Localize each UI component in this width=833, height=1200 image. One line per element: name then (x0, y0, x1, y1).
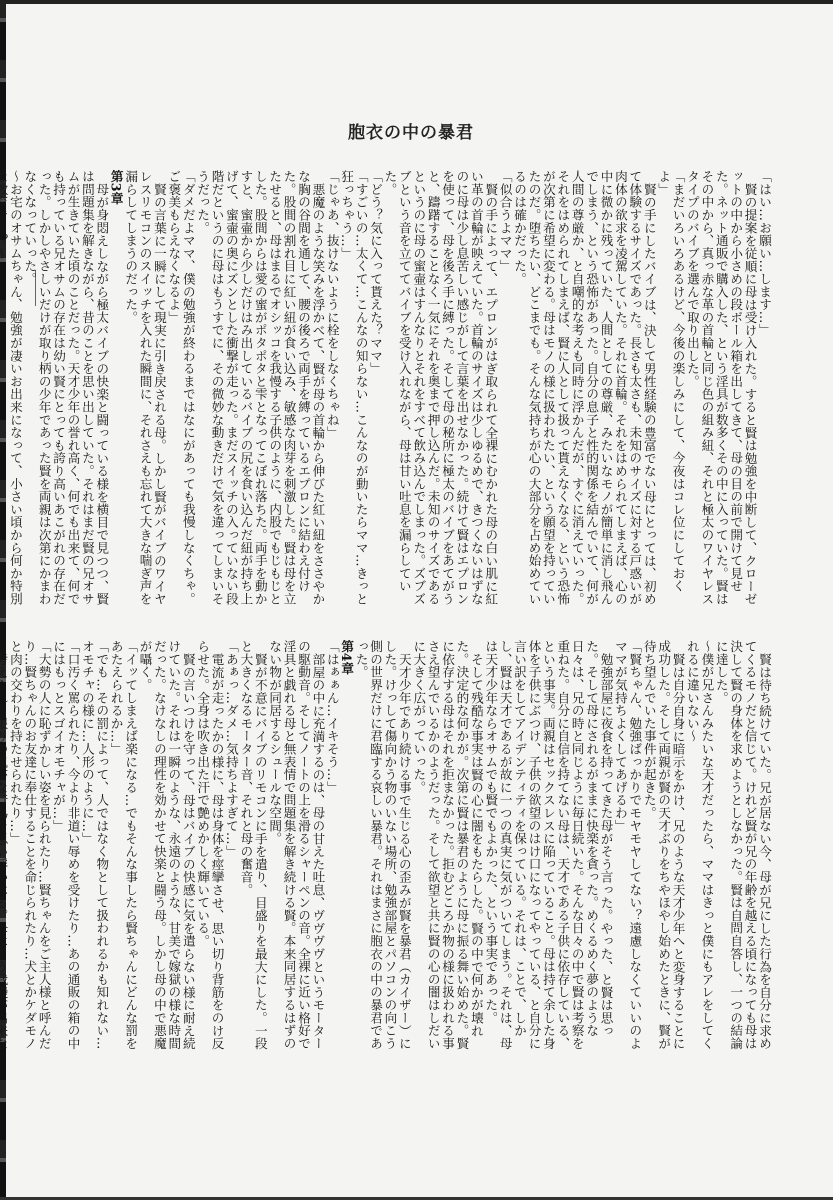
dialogue-line: 「じゃあ、抜けないように栓をしなくちゃね」 (324, 170, 338, 610)
dialogue-line: 「でも…その罰によって、人ではなく物として扱われるかも知れない…オモチャの様に…… (80, 640, 109, 1060)
dialogue-line: 「あぁっ…ダメ…気持ちよすぎて…」 (224, 640, 238, 1060)
dialogue-line: 「すごいの…太くて…こんなの知らない…こんなのが動いたらママ…きっと狂っちゃう…… (339, 170, 368, 610)
paragraph: 勉強部屋に夜食を持ってきた母がそう言った。やった、と賢は思った。そして母にされる… (483, 640, 613, 1060)
paragraph: そして残酷な事実は賢の心に闇をもたらした。賢の中で何かが壊れた。決定的な何かが。… (411, 640, 483, 1060)
paragraph: 部屋の中に充満するのは、母の甘えた吐息、ヴヴヴヴというモーターの駆動音。そしてノ… (267, 640, 325, 1060)
dialogue-line: ～僕が兄さんみたいな天才だったら、ママはきっと僕にもアレをしてくれるに違いない～ (685, 640, 714, 1060)
dialogue-line: 「はい…お願い…します…」 (757, 170, 771, 610)
paragraph: 賢は自分自身に暗示をかけ、兄のような天才少年へと変身することに成功した。そして両… (641, 640, 684, 1060)
paragraph: 賢は待ち続けていた。兄が居ない今、母が兄にした行為を自分に求めてくるモノだと信じ… (713, 640, 771, 1060)
dialogue-line: 「イッてしまえば楽になる…でもそんな事したら賢ちゃんにどんな罰をあたえられるか…… (108, 640, 137, 1060)
dialogue-line: 「似合うよママ」 (497, 170, 511, 610)
paragraph: 賢の手にしたバイブは、決して男性経験の豊富でない母にとっては、初めて体験するサイ… (512, 170, 656, 610)
dialogue-line: 「どう？気に入って貰えた？ママ」 (368, 170, 382, 610)
paragraph: 母が身悶えしながら極太バイブの快楽と闘っている様を横目で見つつ、賢は問題集を解き… (22, 170, 108, 610)
dialogue-line: 「大勢の人に恥ずかしい姿を見られたり…賢ちゃんをご主人様と呼んだり…賢ちゃんのお… (7, 640, 50, 1060)
dialogue-line: 「まだいろいろあるけど、今後の楽しみにして、今夜はコレ位にしておくよ」 (656, 170, 685, 610)
page-title: 胞衣の中の暴君 (348, 118, 474, 143)
chapter-heading: 第3章 (108, 170, 122, 610)
paragraph: 考えられる限りの鬼畜な行為を思い浮かべる。母はもう我慢が出来なくなっていた。なぜ… (0, 640, 7, 1060)
lower-text-tier: 賢は待ち続けていた。兄が居ない今、母が兄にした行為を自分に求めてくるモノだと信じ… (131, 640, 771, 1060)
scan-top-edge (0, 0, 833, 4)
dialogue-line: 「口汚く罵られたり、今より非道い辱めを受けたり…あの通販の箱の中にはもっとスゴイ… (51, 640, 80, 1060)
paragraph: 天才少年であり続ける事で生じる心の歪みが賢を暴君（カイザー）にした。けっして傷向… (353, 640, 411, 1060)
dialogue-line: 「賢ちゃん、勉強ばっかりでモヤモヤしてない？遠慮しなくていいのよママが気持ちよく… (613, 640, 642, 1060)
paragraph: 賢の提案を従順に母は受け入れた。すると賢は勉強を中断して、クローゼットの中から小… (685, 170, 757, 610)
dialogue-line: 「ダメだよママ、僕の勉強が終わるまではなにがあっても我慢しなくちゃ。ご褒美もらえ… (166, 170, 195, 610)
paragraph: 賢の言いつけを守って、母はバイブの快感に気を遣らない様に耐え続けていた。それは一… (137, 640, 195, 1060)
dialogue-line: 「はぁぁん…イキそう…」 (324, 640, 338, 1060)
dialogue-line: ～お宅のオサムちゃん、勉強が凄いお出来になって、小さい頃から何か特別な教育でも？… (0, 170, 22, 610)
chapter-heading: 第4章 (339, 640, 353, 1060)
paragraph: 賢が不意にバイブのリモコンに手を遣り、目盛りを最大にした。一段と大きくなるモータ… (238, 640, 267, 1060)
paragraph: 賢の言葉に一瞬にして現実に引き戻される母。しかし賢がバイブのワイヤレスリモコンの… (123, 170, 166, 610)
paragraph: 賢の手によって、エプロンがはぎ取られて全裸にむかれた母の白い肌に紅い革の首輪が映… (382, 170, 497, 610)
upper-text-tier: 「はい…お願い…します…」賢の提案を従順に母は受け入れた。すると賢は勉強を中断し… (131, 170, 771, 610)
paragraph: 悪魔のような笑みを浮かべて、賢が母の首輪から伸びた紅い紐をささやかな胸の谷間を通… (195, 170, 325, 610)
paragraph: 電流が走ったかの様に、母は身体を痙攣させ、思い切り背筋をのけ反らせた。全身は吹き… (195, 640, 224, 1060)
